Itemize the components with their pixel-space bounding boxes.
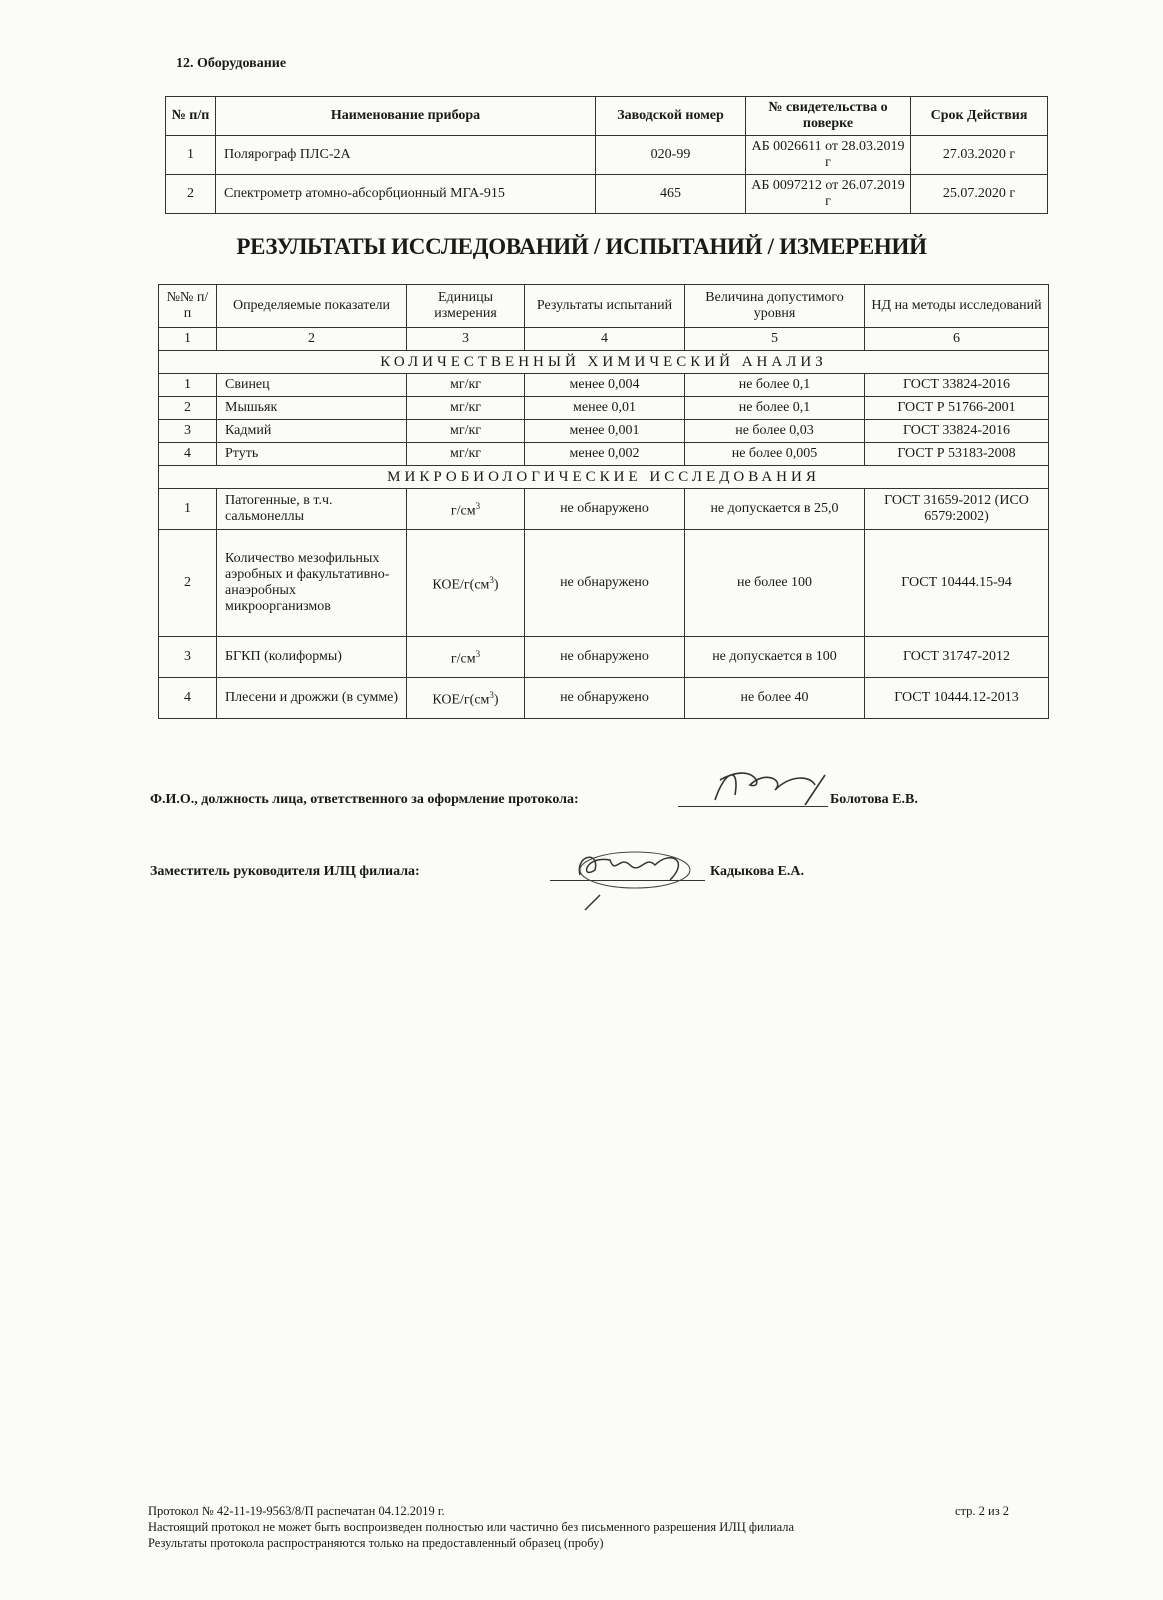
equipment-table: № п/п Наименование прибора Заводской ном… <box>165 96 1048 214</box>
cell-unit: КОЕ/г(см3) <box>407 530 525 637</box>
cell-limit: не более 0,1 <box>685 397 865 420</box>
cell-method: ГОСТ Р 51766-2001 <box>865 397 1049 420</box>
table-row: 2Мышьякмг/кгменее 0,01не более 0,1ГОСТ Р… <box>159 397 1049 420</box>
table-row: 3БГКП (колиформы)г/см3не обнаруженоне до… <box>159 637 1049 678</box>
cell-result: менее 0,002 <box>525 443 685 466</box>
unit-superscript: 3 <box>476 649 481 659</box>
section-title: КОЛИЧЕСТВЕННЫЙ ХИМИЧЕСКИЙ АНАЛИЗ <box>159 351 1049 374</box>
header-serial: Заводской номер <box>596 97 746 136</box>
cell-limit: не более 40 <box>685 678 865 719</box>
cell-certificate: АБ 0097212 от 26.07.2019 г <box>746 175 911 214</box>
header-num: № п/п <box>166 97 216 136</box>
cell-indicator: Кадмий <box>217 420 407 443</box>
cell-unit: мг/кг <box>407 443 525 466</box>
cell-method: ГОСТ Р 53183-2008 <box>865 443 1049 466</box>
table-row: 1Свинецмг/кгменее 0,004не более 0,1ГОСТ … <box>159 374 1049 397</box>
cell-limit: не более 0,1 <box>685 374 865 397</box>
header-unit: Единицы измерения <box>407 285 525 328</box>
cell-unit: мг/кг <box>407 397 525 420</box>
cell-num: 4 <box>159 678 217 719</box>
cell-unit: г/см3 <box>407 489 525 530</box>
cell-limit: не более 0,005 <box>685 443 865 466</box>
cell-indicator: Патогенные, в т.ч. сальмонеллы <box>217 489 407 530</box>
section-title: МИКРОБИОЛОГИЧЕСКИЕ ИССЛЕДОВАНИЯ <box>159 466 1049 489</box>
section-header-row: КОЛИЧЕСТВЕННЫЙ ХИМИЧЕСКИЙ АНАЛИЗ <box>159 351 1049 374</box>
cell-num: 1 <box>159 374 217 397</box>
table-row: 2Количество мезофильных аэробных и факул… <box>159 530 1049 637</box>
signature-label-1: Ф.И.О., должность лица, ответственного з… <box>150 792 579 808</box>
cell-method: ГОСТ 10444.12-2013 <box>865 678 1049 719</box>
column-number: 5 <box>685 328 865 351</box>
cell-indicator: Свинец <box>217 374 407 397</box>
cell-method: ГОСТ 31659-2012 (ИСО 6579:2002) <box>865 489 1049 530</box>
footer-protocol-line: Протокол № 42-11-19-9563/8/П распечатан … <box>148 1503 445 1519</box>
header-limit: Величина допустимого уровня <box>685 285 865 328</box>
cell-indicator: Количество мезофильных аэробных и факуль… <box>217 530 407 637</box>
cell-limit: не допускается в 100 <box>685 637 865 678</box>
table-row: 4Плесени и дрожжи (в сумме)КОЕ/г(см3)не … <box>159 678 1049 719</box>
cell-limit: не допускается в 25,0 <box>685 489 865 530</box>
cell-num: 2 <box>159 530 217 637</box>
table-row: 4Ртутьмг/кгменее 0,002не более 0,005ГОСТ… <box>159 443 1049 466</box>
cell-limit: не более 100 <box>685 530 865 637</box>
table-row: 1 Полярограф ПЛС-2А 020-99 АБ 0026611 от… <box>166 136 1048 175</box>
unit-superscript: 3 <box>476 501 481 511</box>
unit-tail: ) <box>494 578 499 593</box>
header-num: №№ п/п <box>159 285 217 328</box>
section-header-row: МИКРОБИОЛОГИЧЕСКИЕ ИССЛЕДОВАНИЯ <box>159 466 1049 489</box>
cell-certificate: АБ 0026611 от 28.03.2019 г <box>746 136 911 175</box>
header-certificate: № свидетельства о поверке <box>746 97 911 136</box>
cell-num: 1 <box>159 489 217 530</box>
cell-unit: КОЕ/г(см3) <box>407 678 525 719</box>
signature-name-1: Болотова Е.В. <box>830 792 918 808</box>
column-number: 4 <box>525 328 685 351</box>
header-valid: Срок Действия <box>911 97 1048 136</box>
results-table: №№ п/п Определяемые показатели Единицы и… <box>158 284 1049 719</box>
cell-method: ГОСТ 33824-2016 <box>865 374 1049 397</box>
cell-num: 1 <box>166 136 216 175</box>
footer-page-number: стр. 2 из 2 <box>955 1503 1009 1519</box>
signature-scribble-2 <box>560 840 700 915</box>
cell-serial: 020-99 <box>596 136 746 175</box>
signature-scribble-1 <box>695 760 845 810</box>
column-number: 2 <box>217 328 407 351</box>
unit-base: КОЕ/г(см <box>432 578 489 593</box>
cell-unit: мг/кг <box>407 420 525 443</box>
cell-valid: 25.07.2020 г <box>911 175 1048 214</box>
equipment-header-row: № п/п Наименование прибора Заводской ном… <box>166 97 1048 136</box>
results-header-row: №№ п/п Определяемые показатели Единицы и… <box>159 285 1049 328</box>
results-title: РЕЗУЛЬТАТЫ ИССЛЕДОВАНИЙ / ИСПЫТАНИЙ / ИЗ… <box>0 234 1163 260</box>
cell-result: менее 0,01 <box>525 397 685 420</box>
cell-num: 3 <box>159 420 217 443</box>
cell-num: 2 <box>159 397 217 420</box>
column-number-row: 1 2 3 4 5 6 <box>159 328 1049 351</box>
cell-result: не обнаружено <box>525 530 685 637</box>
header-method: НД на методы исследований <box>865 285 1049 328</box>
signature-name-2: Кадыкова Е.А. <box>710 864 804 880</box>
cell-method: ГОСТ 10444.15-94 <box>865 530 1049 637</box>
header-name: Наименование прибора <box>216 97 596 136</box>
cell-result: менее 0,004 <box>525 374 685 397</box>
cell-name: Спектрометр атомно-абсорбционный МГА-915 <box>216 175 596 214</box>
cell-limit: не более 0,03 <box>685 420 865 443</box>
unit-base: г/см <box>451 504 476 519</box>
cell-unit: мг/кг <box>407 374 525 397</box>
cell-num: 3 <box>159 637 217 678</box>
cell-result: не обнаружено <box>525 637 685 678</box>
table-row: 1Патогенные, в т.ч. сальмонеллыг/см3не о… <box>159 489 1049 530</box>
cell-valid: 27.03.2020 г <box>911 136 1048 175</box>
unit-base: КОЕ/г(см <box>432 693 489 708</box>
cell-num: 4 <box>159 443 217 466</box>
cell-method: ГОСТ 33824-2016 <box>865 420 1049 443</box>
table-row: 2 Спектрометр атомно-абсорбционный МГА-9… <box>166 175 1048 214</box>
unit-tail: ) <box>494 693 499 708</box>
cell-indicator: Ртуть <box>217 443 407 466</box>
cell-result: не обнаружено <box>525 489 685 530</box>
column-number: 6 <box>865 328 1049 351</box>
cell-serial: 465 <box>596 175 746 214</box>
header-result: Результаты испытаний <box>525 285 685 328</box>
cell-num: 2 <box>166 175 216 214</box>
cell-name: Полярограф ПЛС-2А <box>216 136 596 175</box>
unit-base: г/см <box>451 652 476 667</box>
cell-method: ГОСТ 31747-2012 <box>865 637 1049 678</box>
cell-indicator: Мышьяк <box>217 397 407 420</box>
cell-indicator: Плесени и дрожжи (в сумме) <box>217 678 407 719</box>
table-row: 3Кадмиймг/кгменее 0,001не более 0,03ГОСТ… <box>159 420 1049 443</box>
column-number: 3 <box>407 328 525 351</box>
cell-unit: г/см3 <box>407 637 525 678</box>
signature-label-2: Заместитель руководителя ИЛЦ филиала: <box>150 864 420 880</box>
cell-indicator: БГКП (колиформы) <box>217 637 407 678</box>
cell-result: не обнаружено <box>525 678 685 719</box>
cell-result: менее 0,001 <box>525 420 685 443</box>
column-number: 1 <box>159 328 217 351</box>
footer-notice-2: Результаты протокола распространяются то… <box>148 1535 604 1551</box>
footer-notice-1: Настоящий протокол не может быть воспрои… <box>148 1519 794 1535</box>
equipment-section-title: 12. Оборудование <box>176 56 286 72</box>
header-indicator: Определяемые показатели <box>217 285 407 328</box>
